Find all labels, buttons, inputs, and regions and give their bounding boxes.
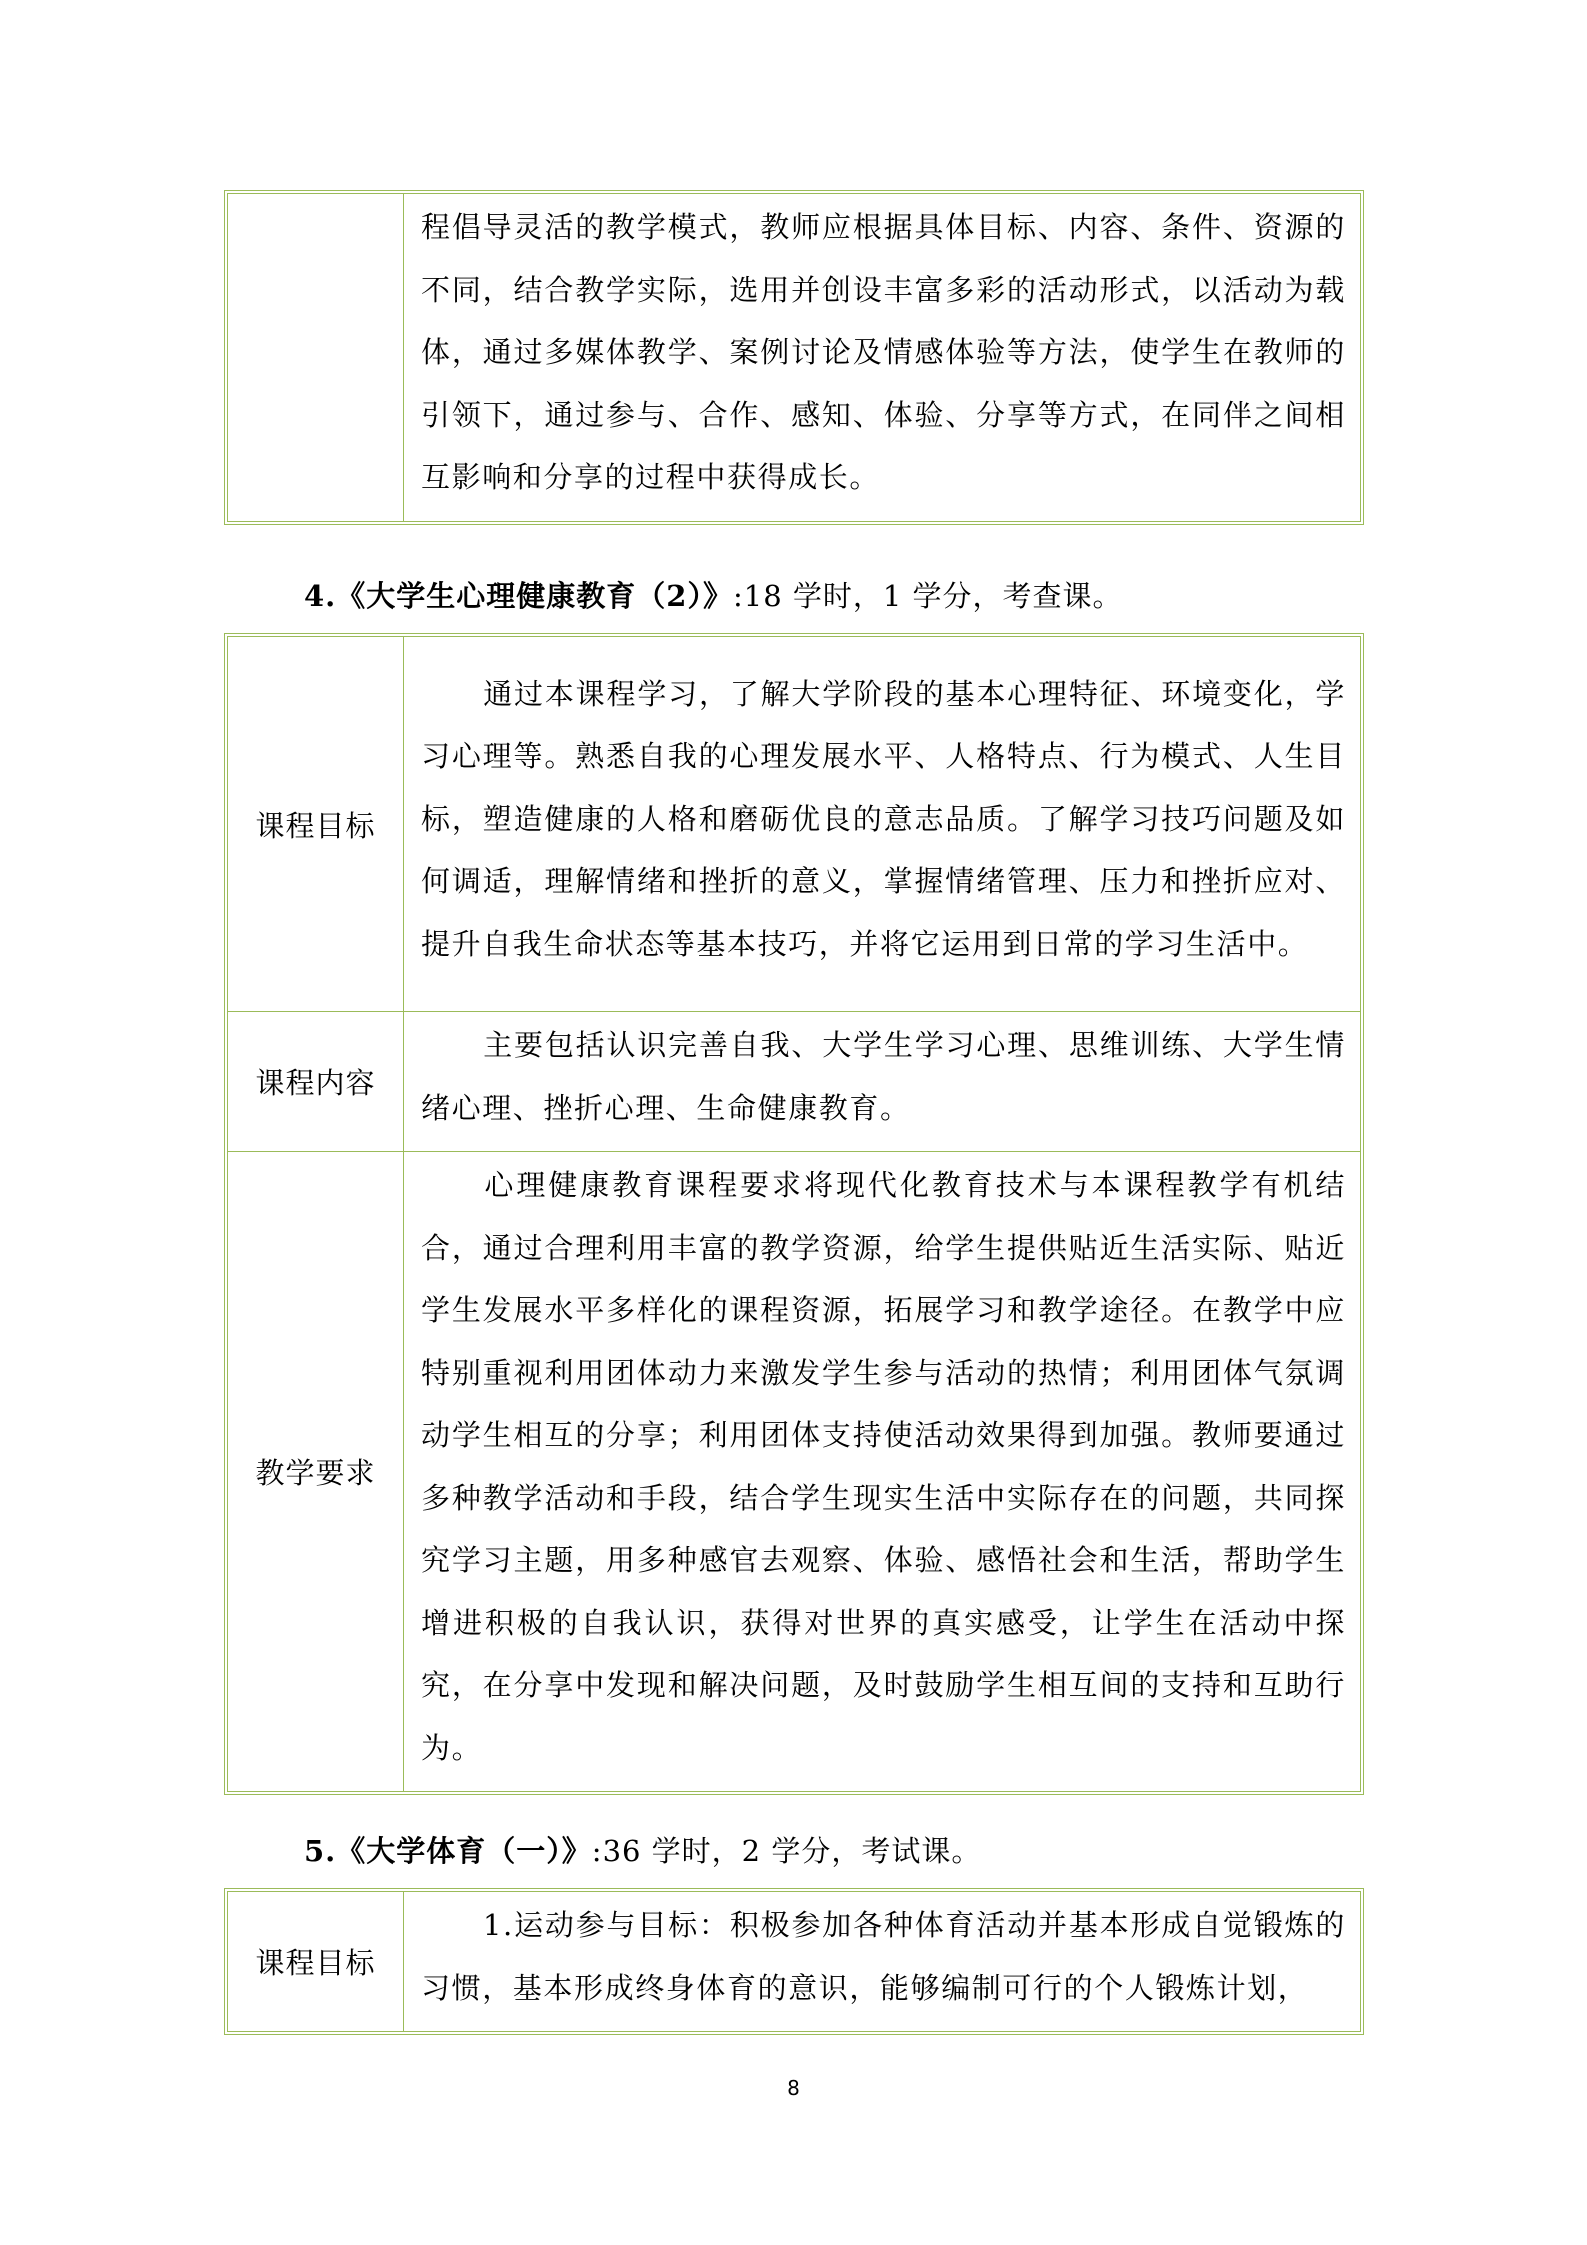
row-content: 1.运动参与目标：积极参加各种体育活动并基本形成自觉锻炼的习惯，基本形成终身体育…	[404, 1892, 1360, 2031]
row-content-text: 1.运动参与目标：积极参加各种体育活动并基本形成自觉锻炼的习惯，基本形成终身体育…	[421, 1908, 1346, 2005]
row-label: 教学要求	[228, 1151, 404, 1791]
course-table-continued: 程倡导灵活的教学模式，教师应根据具体目标、内容、条件、资源的不同，结合教学实际，…	[224, 190, 1364, 525]
row-content-text: 程倡导灵活的教学模式，教师应根据具体目标、内容、条件、资源的不同，结合教学实际，…	[421, 210, 1346, 494]
row-content-text: 通过本课程学习，了解大学阶段的基本心理特征、环境变化，学习心理等。熟悉自我的心理…	[421, 677, 1346, 961]
row-label: 课程目标	[228, 637, 404, 1011]
row-label: 课程目标	[228, 1892, 404, 2031]
row-content: 主要包括认识完善自我、大学生学习心理、思维训练、大学生情绪心理、挫折心理、生命健…	[404, 1011, 1360, 1151]
table-row: 课程内容 主要包括认识完善自我、大学生学习心理、思维训练、大学生情绪心理、挫折心…	[228, 1011, 1360, 1151]
row-content-text: 主要包括认识完善自我、大学生学习心理、思维训练、大学生情绪心理、挫折心理、生命健…	[421, 1028, 1346, 1125]
section-heading-4: 4.《大学生心理健康教育（2）》:18 学时，1 学分，考查课。	[304, 574, 1123, 615]
course-table-5: 课程目标 1.运动参与目标：积极参加各种体育活动并基本形成自觉锻炼的习惯，基本形…	[224, 1888, 1364, 2035]
table-row: 课程目标 通过本课程学习，了解大学阶段的基本心理特征、环境变化，学习心理等。熟悉…	[228, 637, 1360, 1011]
section-details: :18 学时，1 学分，考查课。	[733, 579, 1123, 613]
table-row: 教学要求 心理健康教育课程要求将现代化教育技术与本课程教学有机结合，通过合理利用…	[228, 1151, 1360, 1791]
section-details: :36 学时，2 学分，考试课。	[592, 1834, 982, 1868]
row-content: 通过本课程学习，了解大学阶段的基本心理特征、环境变化，学习心理等。熟悉自我的心理…	[404, 637, 1360, 1011]
section-number: 5.	[304, 1834, 336, 1868]
row-content-text: 心理健康教育课程要求将现代化教育技术与本课程教学有机结合，通过合理利用丰富的教学…	[421, 1168, 1346, 1765]
table-row: 程倡导灵活的教学模式，教师应根据具体目标、内容、条件、资源的不同，结合教学实际，…	[228, 194, 1360, 521]
section-title: 《大学体育（一）》	[336, 1834, 592, 1868]
course-table-4: 课程目标 通过本课程学习，了解大学阶段的基本心理特征、环境变化，学习心理等。熟悉…	[224, 633, 1364, 1795]
section-heading-5: 5.《大学体育（一）》:36 学时，2 学分，考试课。	[304, 1829, 981, 1870]
table-row: 课程目标 1.运动参与目标：积极参加各种体育活动并基本形成自觉锻炼的习惯，基本形…	[228, 1892, 1360, 2031]
row-content: 程倡导灵活的教学模式，教师应根据具体目标、内容、条件、资源的不同，结合教学实际，…	[404, 194, 1360, 521]
page-number: 8	[0, 2076, 1587, 2100]
document-page: 程倡导灵活的教学模式，教师应根据具体目标、内容、条件、资源的不同，结合教学实际，…	[0, 0, 1587, 2245]
row-label: 课程内容	[228, 1011, 404, 1151]
section-title: 《大学生心理健康教育（2）》	[336, 579, 733, 613]
section-number: 4.	[304, 579, 336, 613]
row-label	[228, 194, 404, 521]
row-content: 心理健康教育课程要求将现代化教育技术与本课程教学有机结合，通过合理利用丰富的教学…	[404, 1151, 1360, 1791]
